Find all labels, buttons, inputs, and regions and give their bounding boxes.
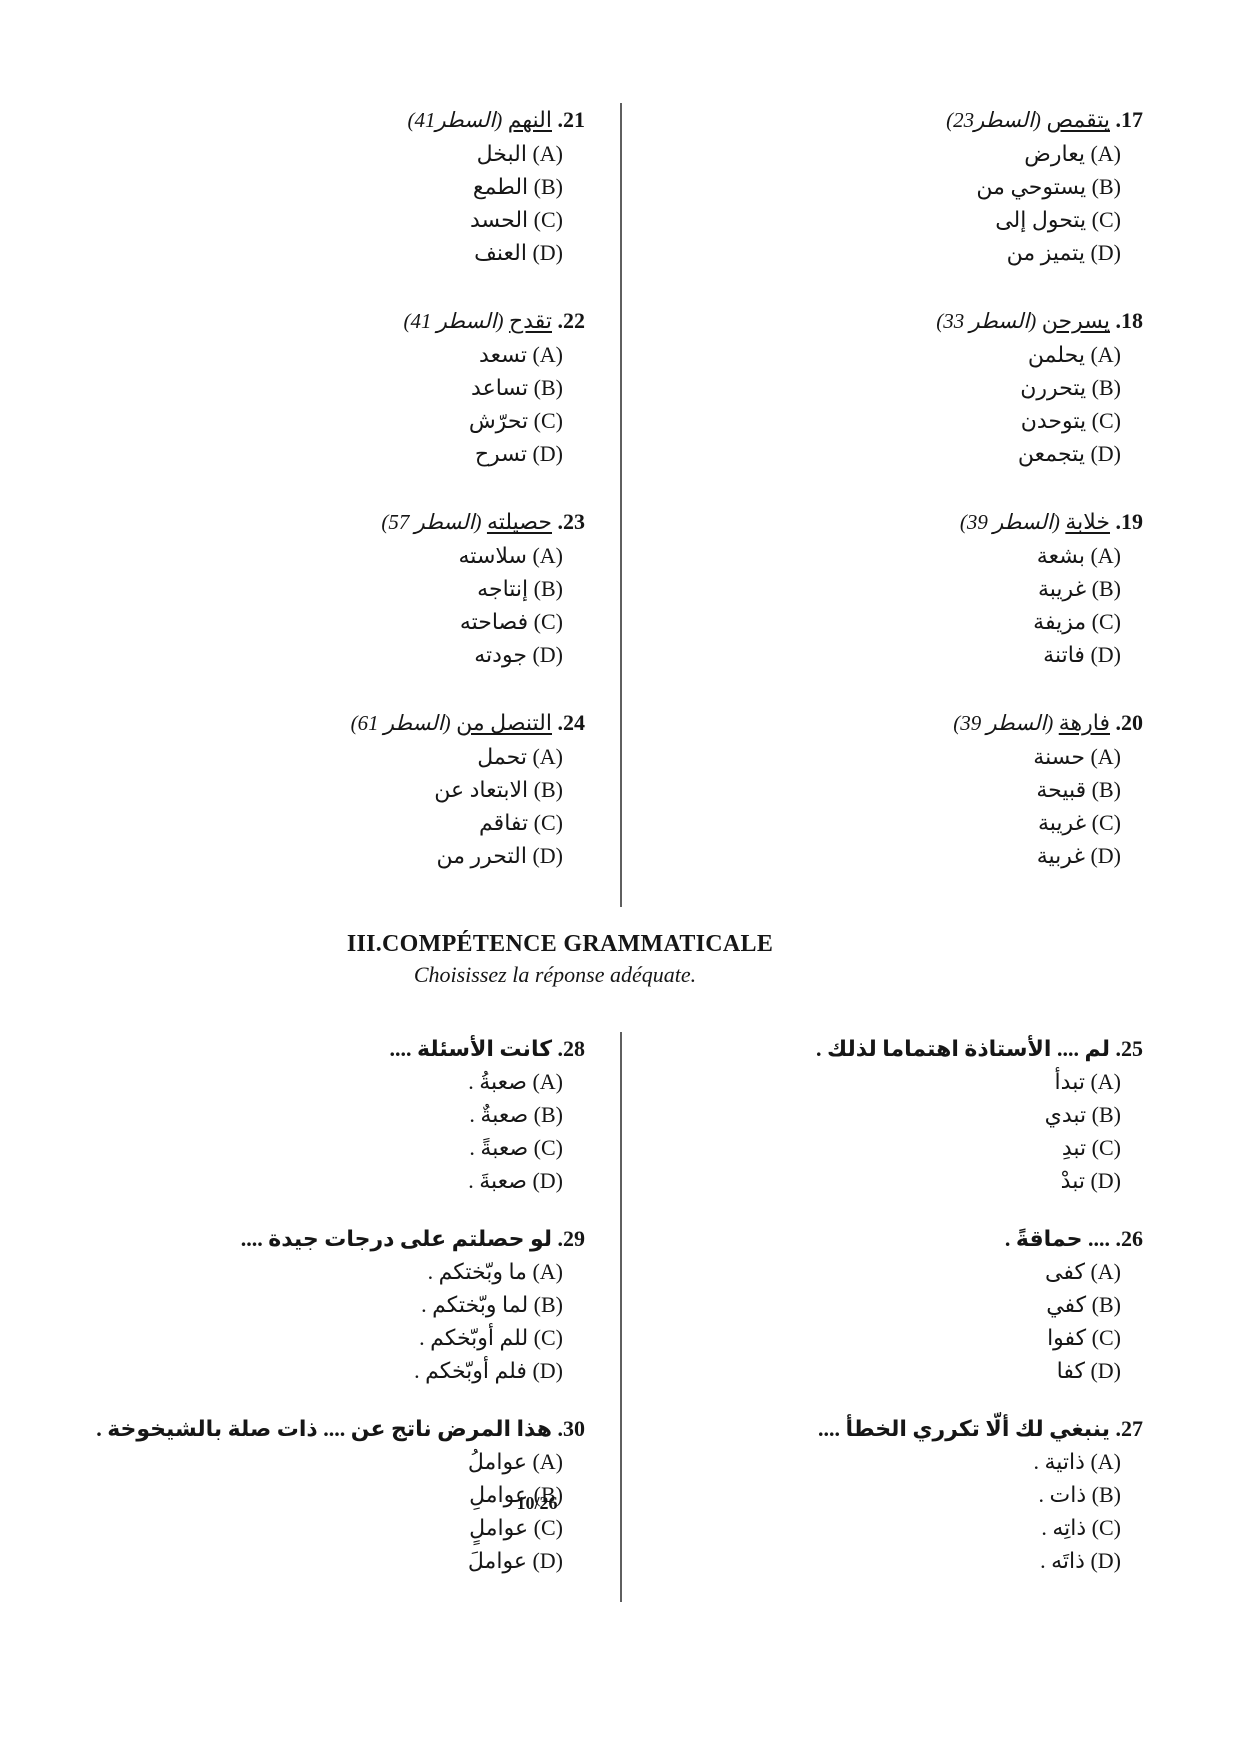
section-title-text: COMPÉTENCE GRAMMATICALE <box>382 931 773 957</box>
option-text: حسنة <box>1033 744 1085 769</box>
option-c: (C) تحرّش <box>0 404 585 437</box>
option-a: (A) يعارض <box>622 137 1143 170</box>
page-number: 10/26 <box>0 1493 1074 1514</box>
option-letter: (C) <box>1092 810 1121 835</box>
question-stem: ينبغي لك ألّا تكرري الخطأ .... <box>818 1416 1110 1441</box>
question-header: 30. هذا المرض ناتج عن .... ذات صلة بالشي… <box>0 1412 585 1445</box>
question-header: 25. لم .... الأستاذة اهتماما لذلك . <box>622 1032 1143 1065</box>
option-letter: (D) <box>1090 240 1121 265</box>
option-c: (C) كفوا <box>622 1321 1143 1354</box>
option-letter: (B) <box>534 777 563 802</box>
option-text: يتحول إلى <box>995 207 1086 232</box>
option-letter: (D) <box>532 441 563 466</box>
option-text: كفى <box>1045 1259 1085 1284</box>
option-text: تبدْ <box>1061 1168 1085 1193</box>
question-term: يسرحن <box>1042 308 1110 333</box>
option-text: البخل <box>477 141 527 166</box>
question-number: 21. <box>558 107 586 132</box>
option-text: غربية <box>1037 843 1085 868</box>
question-header: 26. .... حماقةً . <box>622 1222 1143 1255</box>
option-text: غريبة <box>1038 576 1086 601</box>
option-letter: (A) <box>1090 141 1121 166</box>
question-28: 28. كانت الأسئلة .... (A) صعبةُ . (B) صع… <box>0 1032 585 1197</box>
option-c: (C) للم أوبّخكم . <box>0 1321 585 1354</box>
option-text: تحمل <box>477 744 527 769</box>
option-text: تساعد <box>471 375 528 400</box>
option-d: (D) التحرر من <box>0 839 585 872</box>
question-number: 27. <box>1116 1416 1144 1441</box>
question-header: 28. كانت الأسئلة .... <box>0 1032 585 1065</box>
option-text: تسعد <box>479 342 527 367</box>
line-reference: (السطر 61) <box>351 711 451 735</box>
option-d: (D) ذاتَه . <box>622 1544 1143 1577</box>
question-header: 22. تقدح (السطر 41) <box>0 304 585 338</box>
question-19: 19. خلابة (السطر 39) (A) بشعة (B) غريبة … <box>622 505 1143 671</box>
option-text: تفاقم <box>479 810 528 835</box>
option-text: الطمع <box>473 174 528 199</box>
option-b: (B) تساعد <box>0 371 585 404</box>
option-a: (A) صعبةُ . <box>0 1065 585 1098</box>
option-a: (A) ذاتية . <box>622 1445 1143 1478</box>
option-c: (C) صعبةً . <box>0 1131 585 1164</box>
question-number: 22. <box>558 308 586 333</box>
option-text: كفي <box>1046 1292 1086 1317</box>
option-letter: (D) <box>532 843 563 868</box>
option-letter: (D) <box>532 642 563 667</box>
option-letter: (B) <box>1092 576 1121 601</box>
option-letter: (B) <box>1092 1292 1121 1317</box>
option-letter: (A) <box>1090 1069 1121 1094</box>
option-text: ذاتية . <box>1033 1449 1084 1474</box>
question-17: 17. يتقمص (السطر23) (A) يعارض (B) يستوحي… <box>622 103 1143 269</box>
option-text: ما وبّختكم . <box>428 1259 527 1284</box>
line-reference: (السطر 41) <box>403 309 503 333</box>
question-number: 26. <box>1116 1226 1144 1251</box>
option-a: (A) البخل <box>0 137 585 170</box>
option-text: عواملُ <box>468 1449 527 1474</box>
section-numeral: III. <box>347 931 382 957</box>
grammar-left-column: 28. كانت الأسئلة .... (A) صعبةُ . (B) صع… <box>0 1032 620 1602</box>
option-d: (D) فلم أوبّخكم . <box>0 1354 585 1387</box>
question-header: 29. لو حصلتم على درجات جيدة .... <box>0 1222 585 1255</box>
option-c: (C) ذاتِه . <box>622 1511 1143 1544</box>
question-29: 29. لو حصلتم على درجات جيدة .... (A) ما … <box>0 1222 585 1387</box>
option-letter: (A) <box>532 1449 563 1474</box>
option-b: (B) لما وبّختكم . <box>0 1288 585 1321</box>
option-text: يتوحدن <box>1021 408 1086 433</box>
question-header: 21. النهم (السطر41) <box>0 103 585 137</box>
option-text: يتحررن <box>1020 375 1086 400</box>
option-a: (A) تسعد <box>0 338 585 371</box>
question-term: تقدح <box>509 308 552 333</box>
option-d: (D) عواملَ <box>0 1544 585 1577</box>
option-letter: (B) <box>534 174 563 199</box>
question-header: 23. حصيلته (السطر 57) <box>0 505 585 539</box>
option-a: (A) كفى <box>622 1255 1143 1288</box>
question-stem: .... حماقةً . <box>1005 1226 1110 1251</box>
option-letter: (C) <box>534 1325 563 1350</box>
question-18: 18. يسرحن (السطر 33) (A) يحلمن (B) يتحرر… <box>622 304 1143 470</box>
option-letter: (C) <box>534 810 563 835</box>
option-letter: (B) <box>1092 777 1121 802</box>
section-header: III.COMPÉTENCE GRAMMATICALE Choisissez l… <box>0 931 1110 988</box>
option-text: عواملَ <box>468 1548 527 1573</box>
option-text: يستوحي من <box>976 174 1086 199</box>
option-letter: (A) <box>532 342 563 367</box>
option-c: (C) يتحول إلى <box>622 203 1143 236</box>
option-text: يتميز من <box>1007 240 1085 265</box>
option-letter: (B) <box>534 375 563 400</box>
option-text: للم أوبّخكم . <box>419 1325 528 1350</box>
option-letter: (C) <box>534 408 563 433</box>
question-23: 23. حصيلته (السطر 57) (A) سلاسته (B) إنت… <box>0 505 585 671</box>
option-text: عواملٍ <box>469 1515 528 1540</box>
option-a: (A) عواملُ <box>0 1445 585 1478</box>
question-26: 26. .... حماقةً . (A) كفى (B) كفي (C) كف… <box>622 1222 1143 1387</box>
option-text: يتجمعن <box>1018 441 1085 466</box>
option-letter: (B) <box>1092 1482 1121 1507</box>
option-text: كفا <box>1057 1358 1085 1383</box>
option-letter: (A) <box>1090 1449 1121 1474</box>
question-22: 22. تقدح (السطر 41) (A) تسعد (B) تساعد (… <box>0 304 585 470</box>
question-header: 24. التنصل من (السطر 61) <box>0 706 585 740</box>
question-number: 23. <box>558 509 586 534</box>
option-letter: (C) <box>1092 1515 1121 1540</box>
section-subtitle: Choisissez la réponse adéquate. <box>0 962 1110 988</box>
question-term: التنصل من <box>456 710 552 735</box>
option-b: (B) غريبة <box>622 572 1143 605</box>
option-letter: (D) <box>532 1358 563 1383</box>
option-d: (D) كفا <box>622 1354 1143 1387</box>
option-letter: (C) <box>534 207 563 232</box>
option-b: (B) يستوحي من <box>622 170 1143 203</box>
option-a: (A) تحمل <box>0 740 585 773</box>
option-b: (B) صعبةٌ . <box>0 1098 585 1131</box>
option-letter: (D) <box>1090 441 1121 466</box>
option-text: العنف <box>474 240 527 265</box>
line-reference: (السطر23) <box>946 108 1041 132</box>
question-stem: هذا المرض ناتج عن .... ذات صلة بالشيخوخة… <box>96 1416 552 1441</box>
option-text: فلم أوبّخكم . <box>414 1358 527 1383</box>
option-d: (D) يتجمعن <box>622 437 1143 470</box>
option-text: غريبة <box>1038 810 1086 835</box>
line-reference: (السطر 33) <box>936 309 1036 333</box>
option-text: فاتنة <box>1043 642 1085 667</box>
option-b: (B) إنتاجه <box>0 572 585 605</box>
option-text: تبدأ <box>1055 1069 1085 1094</box>
vocabulary-section: 17. يتقمص (السطر23) (A) يعارض (B) يستوحي… <box>0 103 1240 907</box>
option-c: (C) فصاحته <box>0 605 585 638</box>
option-letter: (B) <box>1092 375 1121 400</box>
option-letter: (C) <box>1092 1325 1121 1350</box>
option-letter: (A) <box>1090 1259 1121 1284</box>
option-text: بشعة <box>1037 543 1085 568</box>
option-letter: (A) <box>532 1259 563 1284</box>
question-number: 20. <box>1116 710 1144 735</box>
option-d: (D) تبدْ <box>622 1164 1143 1197</box>
question-term: يتقمص <box>1046 107 1110 132</box>
vocab-left-column: 21. النهم (السطر41) (A) البخل (B) الطمع … <box>0 103 620 907</box>
question-number: 17. <box>1116 107 1144 132</box>
option-letter: (D) <box>1090 1168 1121 1193</box>
option-letter: (D) <box>1090 1358 1121 1383</box>
option-letter: (C) <box>534 1515 563 1540</box>
option-text: فصاحته <box>460 609 528 634</box>
option-a: (A) تبدأ <box>622 1065 1143 1098</box>
option-a: (A) سلاسته <box>0 539 585 572</box>
option-letter: (B) <box>1092 1102 1121 1127</box>
option-letter: (C) <box>534 1135 563 1160</box>
option-b: (B) قبيحة <box>622 773 1143 806</box>
option-letter: (D) <box>532 1548 563 1573</box>
option-a: (A) يحلمن <box>622 338 1143 371</box>
question-header: 18. يسرحن (السطر 33) <box>622 304 1143 338</box>
option-text: التحرر من <box>437 843 527 868</box>
option-letter: (B) <box>534 1292 563 1317</box>
option-b: (B) تبدي <box>622 1098 1143 1131</box>
vocab-right-column: 17. يتقمص (السطر23) (A) يعارض (B) يستوحي… <box>620 103 1240 907</box>
option-letter: (A) <box>532 1069 563 1094</box>
question-number: 30. <box>558 1416 586 1441</box>
option-text: ذاتَه . <box>1040 1548 1085 1573</box>
question-term: حصيلته <box>487 509 552 534</box>
option-letter: (A) <box>1090 342 1121 367</box>
option-b: (B) الابتعاد عن <box>0 773 585 806</box>
option-a: (A) بشعة <box>622 539 1143 572</box>
option-letter: (B) <box>534 1102 563 1127</box>
option-text: مزيفة <box>1033 609 1086 634</box>
option-text: كفوا <box>1047 1325 1086 1350</box>
option-c: (C) تفاقم <box>0 806 585 839</box>
option-letter: (A) <box>1090 744 1121 769</box>
question-24: 24. التنصل من (السطر 61) (A) تحمل (B) ال… <box>0 706 585 872</box>
question-number: 29. <box>558 1226 586 1251</box>
option-text: لما وبّختكم . <box>421 1292 528 1317</box>
grammar-section: 25. لم .... الأستاذة اهتماما لذلك . (A) … <box>0 1032 1240 1602</box>
option-letter: (D) <box>1090 843 1121 868</box>
option-d: (D) تسرح <box>0 437 585 470</box>
question-header: 27. ينبغي لك ألّا تكرري الخطأ .... <box>622 1412 1143 1445</box>
section-title: III.COMPÉTENCE GRAMMATICALE <box>0 931 1110 958</box>
option-text: الابتعاد عن <box>434 777 528 802</box>
question-stem: لم .... الأستاذة اهتماما لذلك . <box>816 1036 1110 1061</box>
option-d: (D) يتميز من <box>622 236 1143 269</box>
option-d: (D) العنف <box>0 236 585 269</box>
option-letter: (D) <box>1090 1548 1121 1573</box>
option-letter: (B) <box>534 576 563 601</box>
option-letter: (C) <box>1092 609 1121 634</box>
option-a: (A) ما وبّختكم . <box>0 1255 585 1288</box>
option-b: (B) الطمع <box>0 170 585 203</box>
question-stem: لو حصلتم على درجات جيدة .... <box>241 1226 552 1251</box>
option-text: تبدي <box>1045 1102 1087 1127</box>
question-21: 21. النهم (السطر41) (A) البخل (B) الطمع … <box>0 103 585 269</box>
option-letter: (D) <box>532 1168 563 1193</box>
option-text: قبيحة <box>1036 777 1086 802</box>
question-header: 17. يتقمص (السطر23) <box>622 103 1143 137</box>
option-c: (C) عواملٍ <box>0 1511 585 1544</box>
question-term: خلابة <box>1065 509 1110 534</box>
option-c: (C) مزيفة <box>622 605 1143 638</box>
option-a: (A) حسنة <box>622 740 1143 773</box>
option-text: سلاسته <box>459 543 527 568</box>
question-25: 25. لم .... الأستاذة اهتماما لذلك . (A) … <box>622 1032 1143 1197</box>
question-header: 20. فارهة (السطر 39) <box>622 706 1143 740</box>
option-letter: (A) <box>532 543 563 568</box>
option-b: (B) كفي <box>622 1288 1143 1321</box>
option-letter: (B) <box>1092 174 1121 199</box>
option-text: الحسد <box>470 207 528 232</box>
question-term: النهم <box>508 107 552 132</box>
option-letter: (A) <box>532 141 563 166</box>
option-c: (C) غريبة <box>622 806 1143 839</box>
question-number: 25. <box>1116 1036 1144 1061</box>
exam-page: { "section_header": { "numeral": "III.",… <box>0 0 1240 1754</box>
option-d: (D) صعبةَ . <box>0 1164 585 1197</box>
option-c: (C) تبدِ <box>622 1131 1143 1164</box>
option-d: (D) جودته <box>0 638 585 671</box>
question-term: فارهة <box>1059 710 1110 735</box>
question-number: 19. <box>1116 509 1144 534</box>
option-text: تحرّش <box>469 408 528 433</box>
option-text: صعبةَ . <box>468 1168 527 1193</box>
option-letter: (D) <box>532 240 563 265</box>
option-text: ذاتِه . <box>1041 1515 1086 1540</box>
option-text: تبدِ <box>1062 1135 1086 1160</box>
question-header: 19. خلابة (السطر 39) <box>622 505 1143 539</box>
option-letter: (C) <box>534 609 563 634</box>
option-c: (C) الحسد <box>0 203 585 236</box>
option-letter: (A) <box>1090 543 1121 568</box>
option-text: صعبةُ . <box>468 1069 527 1094</box>
option-d: (D) غربية <box>622 839 1143 872</box>
option-text: إنتاجه <box>477 576 528 601</box>
option-b: (B) يتحررن <box>622 371 1143 404</box>
option-letter: (A) <box>532 744 563 769</box>
question-stem: كانت الأسئلة .... <box>390 1036 552 1061</box>
option-text: صعبةً . <box>469 1135 528 1160</box>
line-reference: (السطر 57) <box>381 510 481 534</box>
option-d: (D) فاتنة <box>622 638 1143 671</box>
line-reference: (السطر 39) <box>953 711 1053 735</box>
grammar-right-column: 25. لم .... الأستاذة اهتماما لذلك . (A) … <box>620 1032 1240 1602</box>
question-number: 24. <box>558 710 586 735</box>
option-letter: (D) <box>1090 642 1121 667</box>
option-text: تسرح <box>475 441 527 466</box>
option-letter: (C) <box>1092 408 1121 433</box>
option-letter: (C) <box>1092 1135 1121 1160</box>
option-text: صعبةٌ . <box>469 1102 528 1127</box>
option-text: يعارض <box>1024 141 1085 166</box>
option-text: جودته <box>474 642 527 667</box>
question-number: 28. <box>558 1036 586 1061</box>
line-reference: (السطر41) <box>407 108 502 132</box>
option-c: (C) يتوحدن <box>622 404 1143 437</box>
option-text: يحلمن <box>1028 342 1085 367</box>
option-letter: (C) <box>1092 207 1121 232</box>
line-reference: (السطر 39) <box>960 510 1060 534</box>
question-number: 18. <box>1116 308 1144 333</box>
question-20: 20. فارهة (السطر 39) (A) حسنة (B) قبيحة … <box>622 706 1143 872</box>
